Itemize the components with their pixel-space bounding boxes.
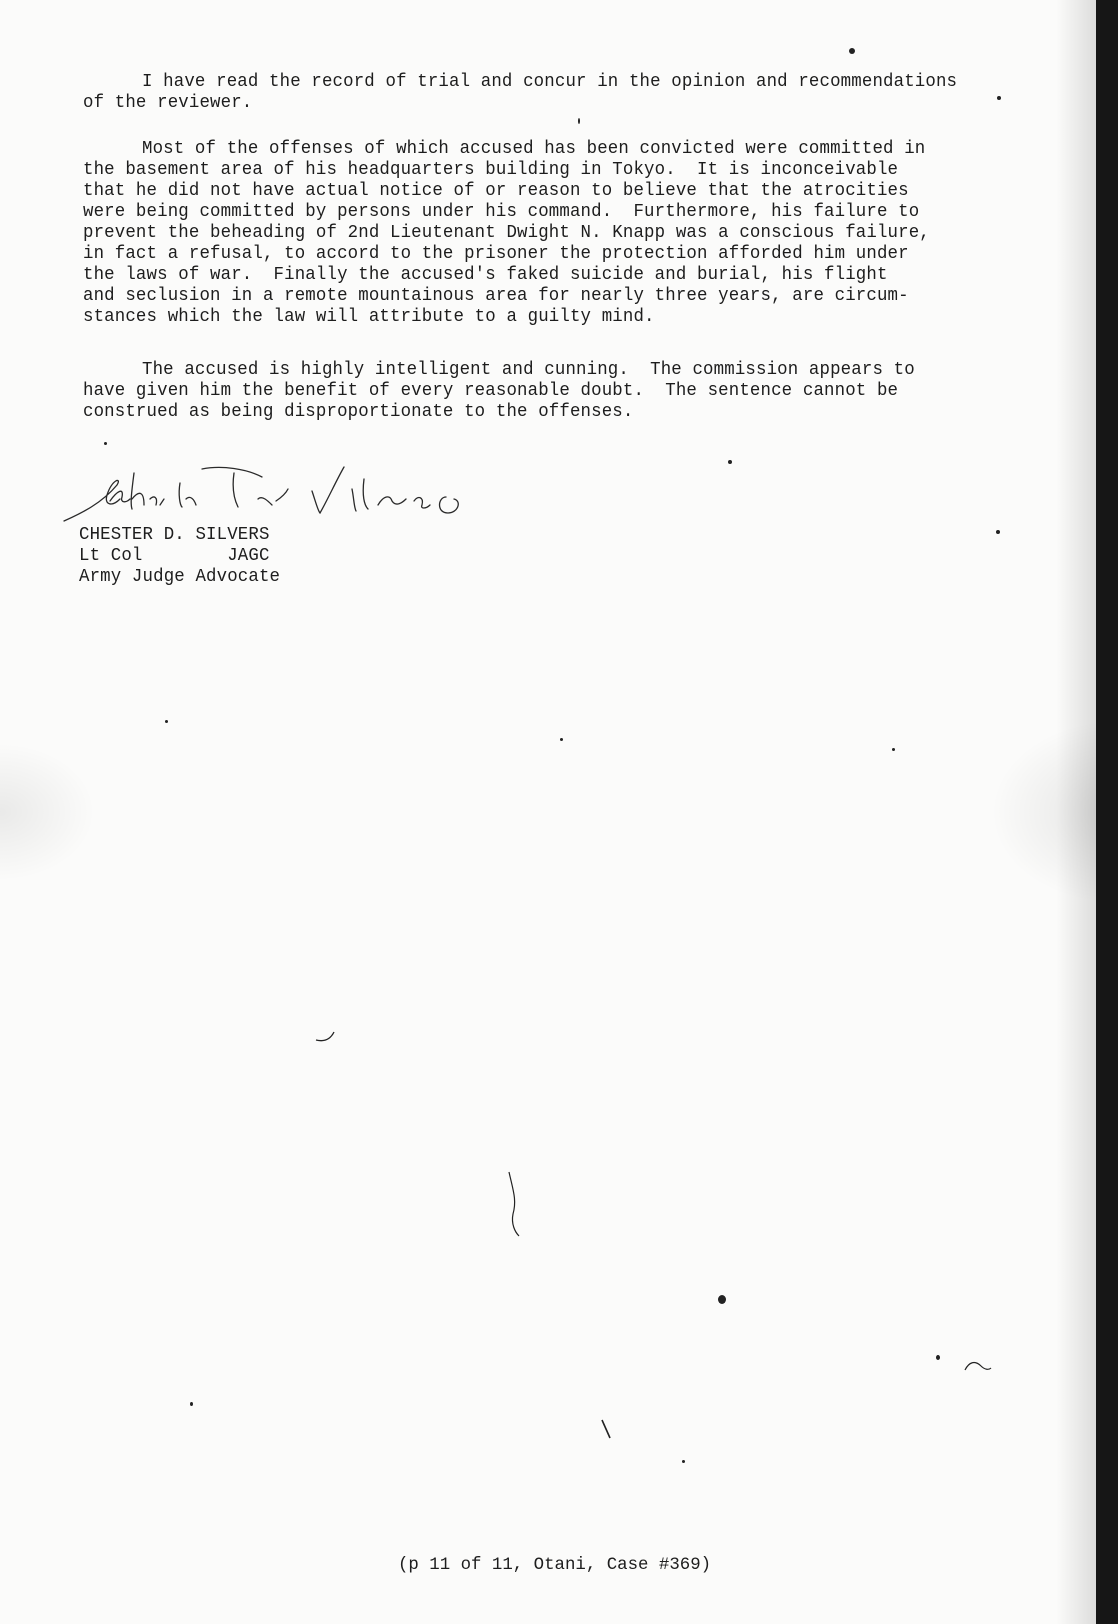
text-line: and seclusion in a remote mountainous ar… <box>83 286 909 308</box>
text-line: Most of the offenses of which accused ha… <box>142 139 925 161</box>
hair-artifact <box>963 1358 993 1374</box>
ink-speck <box>997 96 1001 100</box>
hair-artifact <box>505 1170 525 1240</box>
ink-speck <box>892 748 895 751</box>
ink-speck <box>165 720 168 723</box>
ink-speck <box>682 1460 685 1463</box>
text-line: of the reviewer. <box>83 93 252 115</box>
ink-speck <box>718 1295 726 1304</box>
handwritten-signature <box>62 455 502 525</box>
text-line: have given him the benefit of every reas… <box>83 381 898 403</box>
text-line: The accused is highly intelligent and cu… <box>142 360 915 382</box>
hair-artifact <box>314 1030 338 1044</box>
text-line: in fact a refusal, to accord to the pris… <box>83 244 909 266</box>
text-line: that he did not have actual notice of or… <box>83 181 909 203</box>
page-footer: (p 11 of 11, Otani, Case #369) <box>398 1556 711 1576</box>
ink-speck <box>936 1355 940 1360</box>
signer-title: Army Judge Advocate <box>79 567 280 589</box>
text-line: prevent the beheading of 2nd Lieutenant … <box>83 223 930 245</box>
signer-name: CHESTER D. SILVERS <box>79 525 270 547</box>
ink-speck <box>560 738 563 741</box>
ink-speck <box>728 460 732 464</box>
ink-speck <box>190 1402 193 1406</box>
scan-edge-border <box>1096 0 1118 1624</box>
ink-speck <box>578 118 580 124</box>
ink-speck <box>996 530 1000 534</box>
scan-edge-shadow <box>1056 0 1096 1624</box>
text-line: the laws of war. Finally the accused's f… <box>83 265 888 287</box>
text-line: construed as being disproportionate to t… <box>83 402 633 424</box>
ink-speck <box>849 48 855 54</box>
hair-artifact <box>600 1418 616 1442</box>
ink-speck <box>104 442 107 445</box>
text-line: the basement area of his headquarters bu… <box>83 160 898 182</box>
signer-rank: Lt Col JAGC <box>79 546 270 568</box>
text-line: were being committed by persons under hi… <box>83 202 919 224</box>
text-line: stances which the law will attribute to … <box>83 307 655 329</box>
text-line: I have read the record of trial and conc… <box>142 72 957 94</box>
